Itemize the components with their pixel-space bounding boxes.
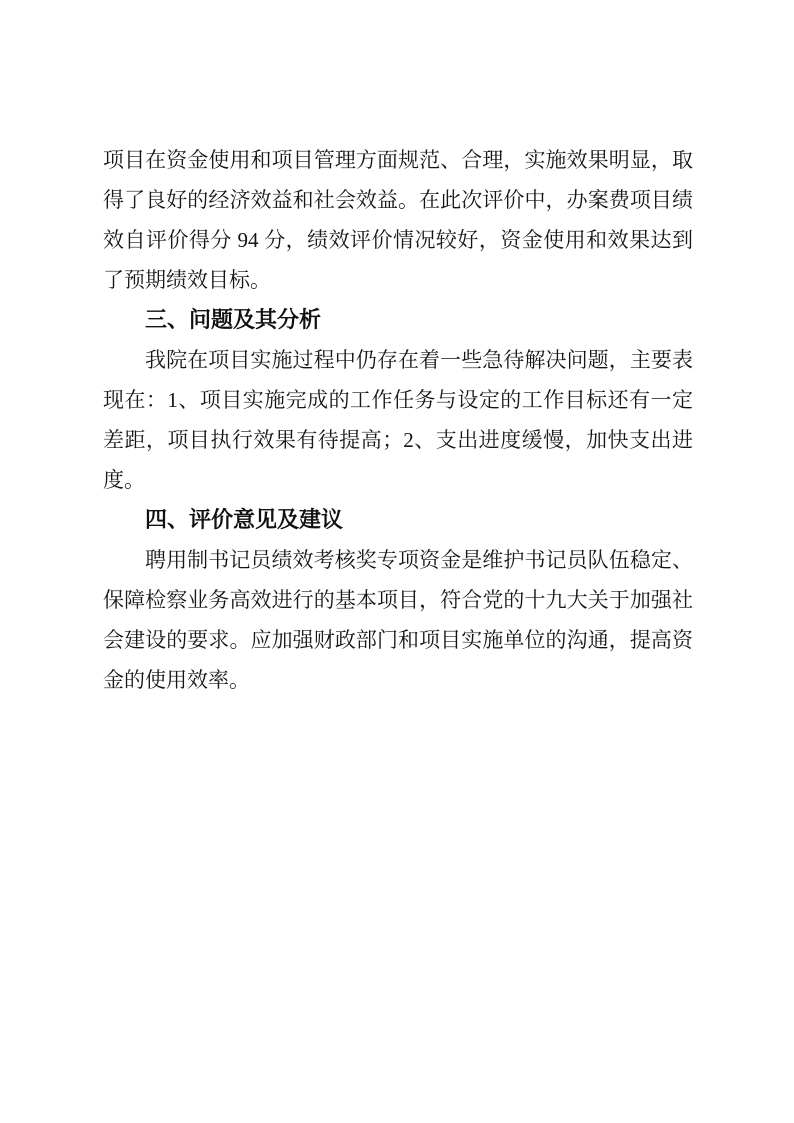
section-heading-suggestions: 四、评价意见及建议	[103, 500, 693, 540]
paragraph-conclusion-line: 项目在资金使用和项目管理方面规范、合理，实施效果明显，取	[103, 140, 693, 180]
paragraph-problems-line: 差距，项目执行效果有待提高；2、支出进度缓慢，加快支出进	[103, 420, 693, 460]
paragraph-problems-line: 度。	[103, 460, 693, 500]
paragraph-suggestions-line: 保障检察业务高效进行的基本项目，符合党的十九大关于加强社	[103, 580, 693, 620]
paragraph-conclusion-line: 了预期绩效目标。	[103, 260, 693, 300]
paragraph-suggestions-line: 聘用制书记员绩效考核奖专项资金是维护书记员队伍稳定、	[103, 540, 693, 580]
paragraph-conclusion-line: 效自评价得分 94 分，绩效评价情况较好，资金使用和效果达到	[103, 220, 693, 260]
document-page: 项目在资金使用和项目管理方面规范、合理，实施效果明显，取 得了良好的经济效益和社…	[0, 0, 794, 1123]
paragraph-problems-line: 我院在项目实施过程中仍存在着一些急待解决问题，主要表	[103, 340, 693, 380]
page-content: 项目在资金使用和项目管理方面规范、合理，实施效果明显，取 得了良好的经济效益和社…	[103, 140, 693, 700]
paragraph-conclusion-line: 得了良好的经济效益和社会效益。在此次评价中，办案费项目绩	[103, 180, 693, 220]
paragraph-suggestions-line: 金的使用效率。	[103, 660, 693, 700]
paragraph-problems-line: 现在：1、项目实施完成的工作任务与设定的工作目标还有一定	[103, 380, 693, 420]
paragraph-suggestions-line: 会建设的要求。应加强财政部门和项目实施单位的沟通，提高资	[103, 620, 693, 660]
section-heading-problems: 三、问题及其分析	[103, 300, 693, 340]
